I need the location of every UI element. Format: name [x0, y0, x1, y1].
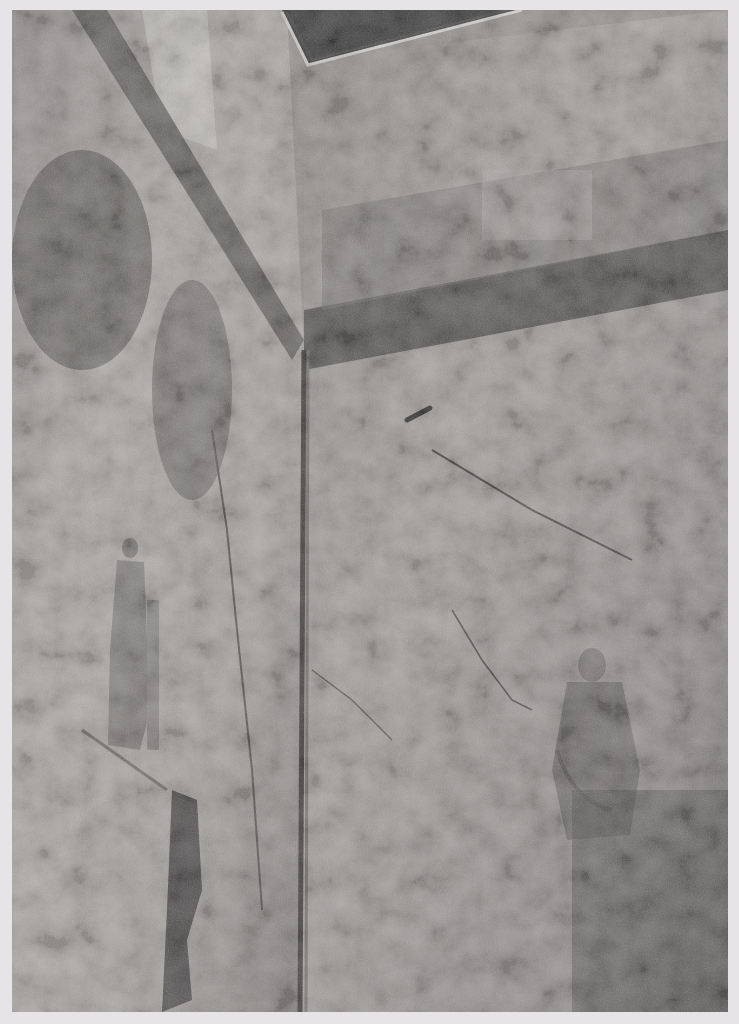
fresco-room-corner-image: [12, 10, 728, 1012]
archival-photograph: [12, 10, 728, 1012]
